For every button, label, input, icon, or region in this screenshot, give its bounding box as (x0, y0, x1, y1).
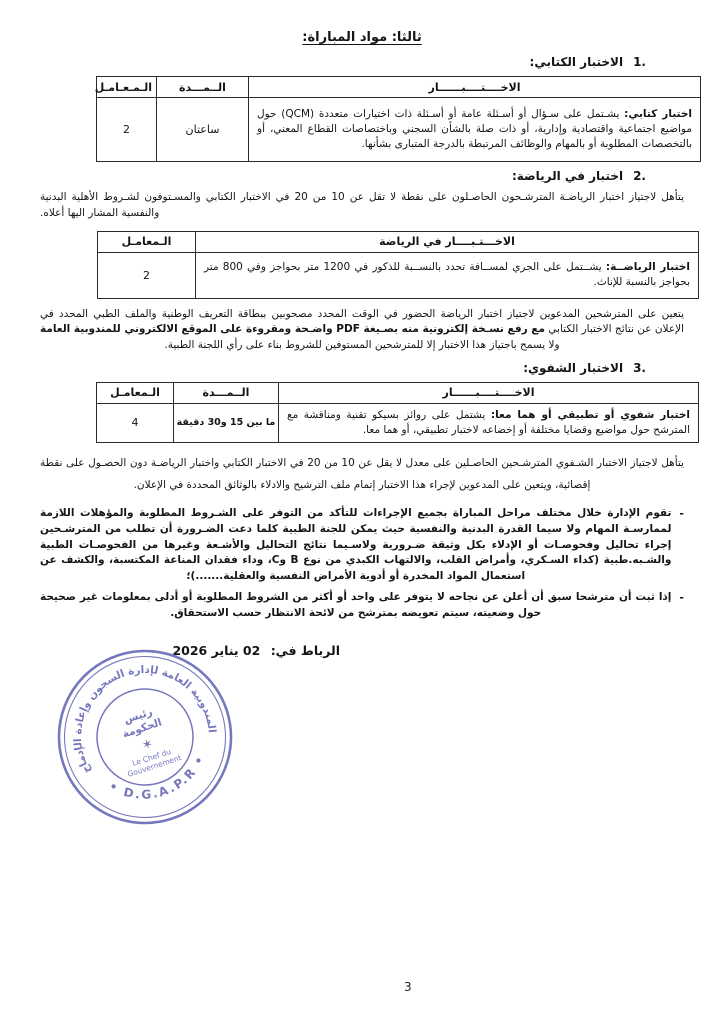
stamp-center-ring (85, 677, 206, 798)
section-number: 1. (633, 55, 646, 69)
stamp-ring-arabic-text: المندوبية العامة لإدارة السجون وإعادة ال… (53, 645, 220, 777)
bullet-dash-marker: - (679, 506, 684, 585)
table-row: اختبار كتابي: يشـتمل على سـؤال أو أسـئلة… (97, 98, 701, 162)
sport-test-table: الاخـــتـبــــار في الرياضة الـمعامـل اخ… (97, 231, 699, 299)
exam-description-cell: اختبار شفوي أو تطبيقي أو هما معا: يشتمل … (279, 403, 699, 442)
bullet-dash-marker: - (679, 590, 684, 622)
exam-title: اختبار شفوي أو تطبيقي أو هما معا: (491, 409, 690, 421)
duration-cell: ساعتان (157, 98, 249, 162)
stamp-star-icon: ✶ (140, 736, 155, 754)
oral-test-table: الاخــــتــــبــــــار الــمـــدة الـمعا… (96, 382, 699, 443)
list-item: - تقوم الإدارة خلال مختلف مراحل المباراة… (40, 506, 684, 585)
date-place-label: الرباط في: (271, 643, 340, 658)
table-row: اختبار شفوي أو تطبيقي أو هما معا: يشتمل … (97, 403, 699, 442)
list-item: - إذا ثبت أن مترشحا سبق أن أعلن عن نجاحه… (40, 590, 684, 622)
bullet-text: تقوم الإدارة خلال مختلف مراحل المباراة ب… (40, 506, 671, 585)
page-number: 3 (404, 980, 412, 994)
page-title: ثالثا: مواد المباراة: (40, 30, 684, 45)
sport-test-note-paragraph: يتعين على المترشحين المدعوين لاجتياز اخت… (40, 307, 684, 354)
stamp-center-title-line2: الحكومة (121, 716, 163, 740)
note-text-bold: مع رفع نسـخة إلكترونية منه بصـيغة PDF وا… (40, 323, 545, 335)
column-header-exam-sport: الاخـــتـبــــار في الرياضة (196, 231, 699, 252)
section-heading-oral-test: 3. الاختبار الشفوي: (40, 361, 684, 375)
table-header-row: الاخــــتــــبــــــار الــمـــدة الـمعا… (97, 382, 699, 403)
section-heading-label: الاختبار الشفوي: (523, 361, 623, 375)
coefficient-cell: 4 (97, 403, 174, 442)
exam-title: اختبار الرياضــة: (606, 261, 690, 273)
stamp-outer-ring (37, 629, 254, 846)
section-heading-sport-test: 2. اختبار في الرياضة: (40, 169, 684, 183)
date-value: 02 يناير 2026 (172, 643, 260, 658)
column-header-coefficient: الـمـعـامـل (97, 77, 157, 98)
scanned-document-page: ثالثا: مواد المباراة: 1. الاختبار الكتاب… (0, 0, 724, 1024)
coefficient-cell: 2 (97, 98, 157, 162)
column-header-coefficient: الـمعامـل (97, 382, 174, 403)
duration-cell: ما بين 15 و30 دقيقة (174, 403, 279, 442)
stamp-center-title-line1: رئيس (122, 706, 153, 726)
section-number: 3. (633, 361, 646, 375)
date-line: الرباط في: 02 يناير 2026 (172, 643, 340, 658)
section-heading-label: الاختبار الكتابي: (530, 55, 624, 69)
stamp-center-sub-line1: Le Chef du (131, 747, 172, 768)
bullet-text: إذا ثبت أن مترشحا سبق أن أعلن عن نجاحه ل… (40, 590, 671, 622)
column-header-coefficient: الـمعامـل (98, 231, 196, 252)
stamp-center-sub-line2: Gouvernement (126, 753, 182, 779)
table-row: اختبار الرياضــة: يشــتمل على الجري لمسـ… (98, 252, 699, 298)
document-content: ثالثا: مواد المباراة: 1. الاختبار الكتاب… (0, 0, 724, 658)
section-heading-label: اختبار في الرياضة: (512, 169, 623, 183)
column-header-duration: الــمـــدة (157, 77, 249, 98)
section-number: 2. (633, 169, 646, 183)
table-header-row: الاخــــتــــبــــــار الــمـــدة الـمـع… (97, 77, 701, 98)
section-heading-written-test: 1. الاختبار الكتابي: (40, 55, 684, 69)
column-header-duration: الــمـــدة (174, 382, 279, 403)
stamp-ring-latin-text: • D.G.A.P.R • (104, 749, 216, 815)
written-test-table: الاخــــتــــبــــــار الــمـــدة الـمـع… (96, 76, 701, 162)
oral-test-outro-paragraph: يتأهل لاجتياز الاختبار الشـفوي المترشـحي… (40, 453, 684, 496)
coefficient-cell: 2 (98, 252, 196, 298)
sport-test-intro-paragraph: يتأهل لاجتياز اختبار الرياضـة المترشـحون… (40, 190, 684, 222)
exam-title: اختبار كتابي: (624, 108, 692, 120)
column-header-exam: الاخــــتــــبــــــار (249, 77, 701, 98)
note-text-after: ولا يسمح باجتياز هذا الاختبار إلا للمترش… (164, 339, 559, 351)
table-header-row: الاخـــتـبــــار في الرياضة الـمعامـل (98, 231, 699, 252)
conditions-bullet-list: - تقوم الإدارة خلال مختلف مراحل المباراة… (40, 506, 684, 621)
exam-description-cell: اختبار الرياضــة: يشــتمل على الجري لمسـ… (196, 252, 699, 298)
stamp-inner-outline-ring (44, 636, 247, 839)
exam-description-cell: اختبار كتابي: يشـتمل على سـؤال أو أسـئلة… (249, 98, 701, 162)
column-header-exam: الاخــــتــــبــــــار (279, 382, 699, 403)
